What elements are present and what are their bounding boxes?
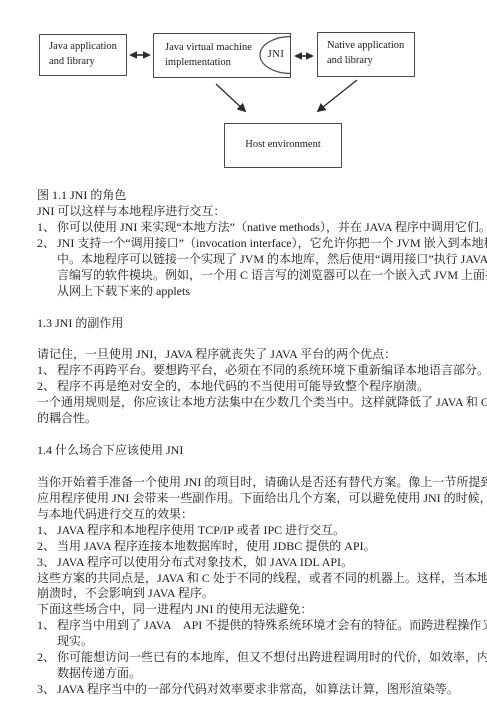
text-line: 与本地代码进行交互的效果： — [37, 507, 457, 523]
figure-box-native-application: Native application and library — [317, 32, 415, 77]
text-line: 请记住，一旦使用 JNI，JAVA 程序就丧失了 JAVA 平台的两个优点： — [37, 347, 457, 363]
figure-box-text-line: Host environment — [245, 138, 321, 153]
figure-box-text-line: and library — [327, 54, 414, 69]
blank-line — [37, 331, 457, 347]
list-item-number: 2、 — [37, 379, 57, 395]
text-line: 2、JNI 支持一个“调用接口”（invocation interface），它… — [37, 236, 457, 252]
figure-box-host-environment: Host environment — [224, 123, 342, 168]
blank-line — [37, 459, 457, 475]
text-line: 从网上下载下来的 applets — [37, 284, 457, 300]
text-line: 的耦合性。 — [37, 411, 457, 427]
blank-line — [37, 427, 457, 443]
body-text: 图 1.1 JNI 的角色JNI 可以这样与本地程序进行交互：1、你可以使用 J… — [37, 188, 457, 698]
text-line: 1、JAVA 程序和本地程序使用 TCP/IP 或者 IPC 进行交互。 — [37, 523, 457, 539]
list-item-number: 2、 — [37, 650, 57, 666]
text-line: 数据传递方面。 — [37, 666, 457, 682]
arrow-native-to-host — [318, 80, 357, 111]
text-line: 言编写的软件模块。例如，一个用 C 语言写的浏览器可以在一个嵌入式 JVM 上面… — [37, 268, 457, 284]
figure-box-text-line: and library — [49, 55, 126, 70]
list-item-number: 2、 — [37, 236, 57, 252]
text-line: 2、程序不再是绝对安全的，本地代码的不当使用可能导致整个程序崩溃。 — [37, 379, 457, 395]
text-line: 下面这些场合中，同一进程内 JNI 的使用无法避免： — [37, 602, 457, 618]
list-item-number: 3、 — [37, 682, 57, 698]
text-line: 崩溃时，不会影响到 JAVA 程序。 — [37, 586, 457, 602]
list-item-text: JAVA 程序和本地程序使用 TCP/IP 或者 IPC 进行交互。 — [57, 523, 345, 539]
text-line: 现实。 — [37, 634, 457, 650]
text-line: 3、JAVA 程序可以使用分布式对象技术，如 JAVA IDL API。 — [37, 555, 457, 571]
text-line: 3、JAVA 程序当中的一部分代码对效率要求非常高，如算法计算，图形渲染等。 — [37, 682, 457, 698]
figure-box-text-line: Native application — [327, 39, 414, 54]
text-line: 这些方案的共同点是，JAVA 和 C 处于不同的线程，或者不同的机器上。这样，当… — [37, 571, 457, 587]
list-item-number: 3、 — [37, 555, 57, 571]
text-line: 当你开始着手准备一个使用 JNI 的项目时，请确认是否还有替代方案。像上一节所提… — [37, 475, 457, 491]
list-item-text: 程序不再是绝对安全的，本地代码的不当使用可能导致整个程序崩溃。 — [57, 379, 429, 395]
list-item-text: 程序当中用到了 JAVA API 不提供的特殊系统环境才会有的特征。而跨进程操作… — [57, 618, 487, 634]
double-arrow-java-jvm — [129, 51, 151, 59]
figure-box-text-line: Java application — [49, 40, 126, 55]
text-line: 1、你可以使用 JNI 来实现“本地方法”（native methods），并在… — [37, 220, 457, 236]
text-line: 2、你可能想访问一些已有的本地库，但又不想付出跨进程调用时的代价，如效率，内存， — [37, 650, 457, 666]
text-line: 1、程序不再跨平台。要想跨平台，必须在不同的系统环境下重新编译本地语言部分。 — [37, 363, 457, 379]
list-item-number: 2、 — [37, 539, 57, 555]
text-line: JNI 可以这样与本地程序进行交互： — [37, 204, 457, 220]
list-item-text: JAVA 程序当中的一部分代码对效率要求非常高，如算法计算，图形渲染等。 — [57, 682, 459, 698]
arrow-jvm-to-host — [216, 84, 245, 111]
text-line: 1、程序当中用到了 JAVA API 不提供的特殊系统环境才会有的特征。而跨进程… — [37, 618, 457, 634]
list-item-number: 1、 — [37, 618, 57, 634]
text-line: 应用程序使用 JNI 会带来一些副作用。下面给出几个方案，可以避免使用 JNI … — [37, 491, 457, 507]
text-line: 1.3 JNI 的副作用 — [37, 316, 457, 332]
text-line: 1.4 什么场合下应该使用 JNI — [37, 443, 457, 459]
list-item-text: 你可以使用 JNI 来实现“本地方法”（native methods），并在 J… — [57, 220, 487, 236]
list-item-text: 当用 JAVA 程序连接本地数据库时，使用 JDBC 提供的 API。 — [57, 539, 376, 555]
list-item-text: 程序不再跨平台。要想跨平台，必须在不同的系统环境下重新编译本地语言部分。 — [57, 363, 487, 379]
text-line: 图 1.1 JNI 的角色 — [37, 188, 457, 204]
jni-oval-label: JNI — [261, 48, 291, 62]
document-page: Java application and library Java virtua… — [0, 0, 487, 716]
text-line: 一个通用规则是，你应该让本地方法集中在少数几个类当中。这样就降低了 JAVA 和… — [37, 395, 457, 411]
list-item-text: 你可能想访问一些已有的本地库，但又不想付出跨进程调用时的代价，如效率，内存， — [57, 650, 487, 666]
list-item-text: JNI 支持一个“调用接口”（invocation interface），它允许… — [57, 236, 487, 252]
text-line: 中。本地程序可以链接一个实现了 JVM 的本地库，然后使用“调用接口”执行 JA… — [37, 252, 457, 268]
figure-jni-role-diagram: Java application and library Java virtua… — [0, 0, 487, 186]
list-item-number: 1、 — [37, 363, 57, 379]
double-arrow-jni-native — [294, 52, 314, 60]
list-item-number: 1、 — [37, 523, 57, 539]
list-item-text: JAVA 程序可以使用分布式对象技术，如 JAVA IDL API。 — [57, 555, 353, 571]
list-item-number: 1、 — [37, 220, 57, 236]
blank-line — [37, 300, 457, 316]
text-line: 2、当用 JAVA 程序连接本地数据库时，使用 JDBC 提供的 API。 — [37, 539, 457, 555]
figure-box-java-application: Java application and library — [39, 34, 127, 76]
